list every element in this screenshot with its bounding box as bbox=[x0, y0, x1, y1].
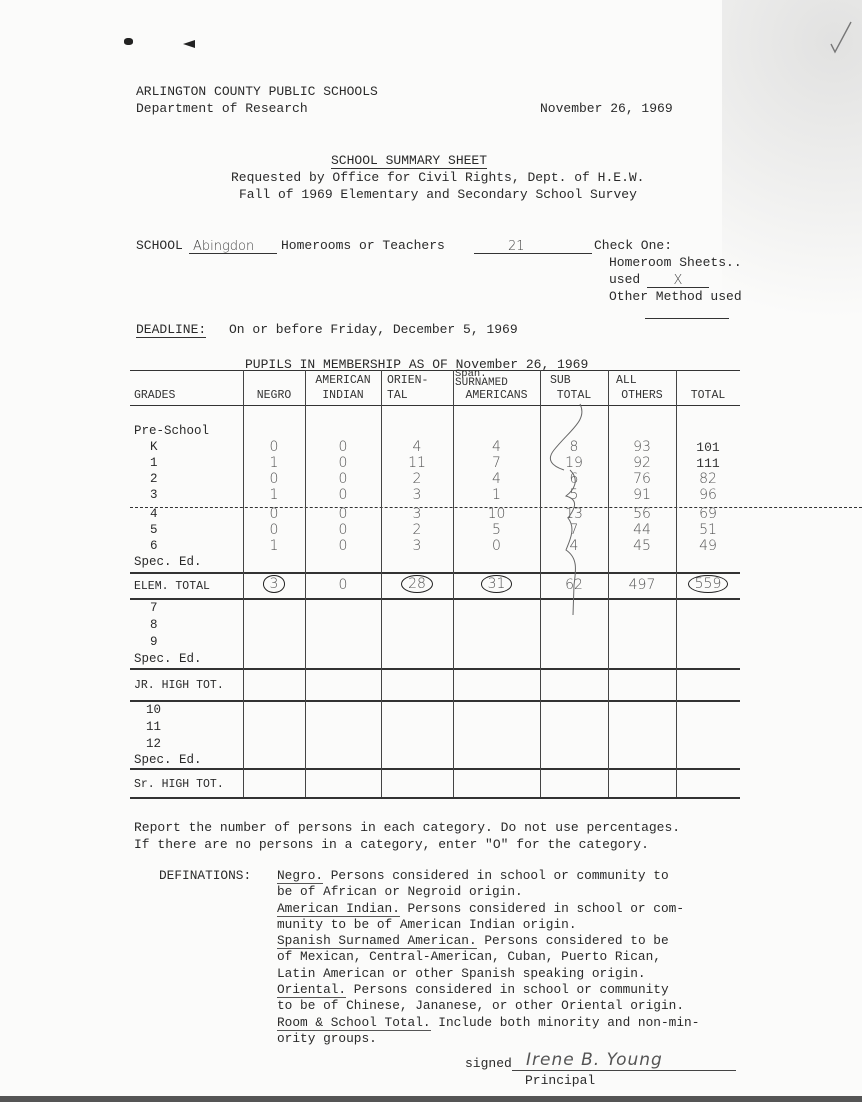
cell-6-american-indian: 0 bbox=[305, 539, 381, 554]
cell-2-total: 82 bbox=[676, 472, 740, 487]
cell-elem-negro: 3 bbox=[243, 577, 305, 592]
page-title: SCHOOL SUMMARY SHEET bbox=[331, 153, 487, 169]
cell-3-spanish: 1 bbox=[453, 488, 540, 503]
cell-k-spanish: 4 bbox=[453, 440, 540, 455]
definition-oriental: Oriental. Persons considered in school o… bbox=[277, 982, 699, 998]
row-label-jr-high-total: JR. HIGH TOT. bbox=[134, 678, 224, 693]
check-one-label: Check One: bbox=[594, 238, 672, 253]
cell-2-spanish: 4 bbox=[453, 472, 540, 487]
cell-4-american-indian: 0 bbox=[305, 507, 381, 522]
cell-6-spanish: 0 bbox=[453, 539, 540, 554]
instruction-line-2: If there are no persons in a category, e… bbox=[134, 837, 649, 852]
homeroom-sheets-checkbox[interactable]: X bbox=[647, 271, 709, 288]
signed-label: signed bbox=[465, 1056, 512, 1071]
row-label-11: 11 bbox=[146, 720, 161, 735]
school-field[interactable]: Abingdon bbox=[189, 237, 277, 254]
cell-1-negro: 1 bbox=[243, 456, 305, 471]
row-label-5: 5 bbox=[150, 523, 158, 538]
row-label-sr-spec-ed: Spec. Ed. bbox=[134, 753, 202, 768]
cell-5-oriental: 2 bbox=[381, 523, 453, 538]
signature-line: Irene B. Young bbox=[512, 1050, 736, 1071]
cell-5-spanish: 5 bbox=[453, 523, 540, 538]
row-label-sr-high-total: Sr. HIGH TOT. bbox=[134, 777, 224, 792]
cell-6-all-others: 45 bbox=[608, 539, 676, 554]
cell-elem-all-others: 497 bbox=[608, 578, 676, 593]
scan-shading bbox=[722, 0, 862, 420]
col-header-oriental-2: TAL bbox=[381, 389, 459, 402]
cell-4-all-others: 56 bbox=[608, 507, 676, 522]
cell-1-american-indian: 0 bbox=[305, 456, 381, 471]
cell-elem-american-indian: 0 bbox=[305, 578, 381, 593]
definition-spanish-surnamed: Spanish Surnamed American. Persons consi… bbox=[277, 933, 699, 949]
col-header-negro: NEGRO bbox=[243, 389, 305, 402]
homerooms-value: 21 bbox=[508, 239, 525, 254]
definition-american-indian-cont: munity to be of American Indian origin. bbox=[277, 917, 699, 933]
definition-negro-cont: be of African or Negroid origin. bbox=[277, 884, 699, 900]
cell-1-all-others: 92 bbox=[608, 456, 676, 471]
deadline-label: DEADLINE: bbox=[136, 322, 206, 338]
cell-1-total: 111 bbox=[676, 456, 740, 471]
option-other-method: Other Method used bbox=[609, 289, 742, 304]
cell-5-all-others: 44 bbox=[608, 523, 676, 538]
cell-2-american-indian: 0 bbox=[305, 472, 381, 487]
cell-5-total: 51 bbox=[676, 523, 740, 538]
definition-room-school-total: Room & School Total. Include both minori… bbox=[277, 1015, 699, 1031]
cell-elem-oriental: 28 bbox=[381, 577, 453, 592]
principal-label: Principal bbox=[525, 1073, 595, 1088]
deadline-value: On or before Friday, December 5, 1969 bbox=[229, 322, 518, 337]
definition-negro: Negro. Persons considered in school or c… bbox=[277, 868, 699, 884]
cell-3-oriental: 3 bbox=[381, 488, 453, 503]
definition-room-school-cont: ority groups. bbox=[277, 1031, 699, 1047]
row-label-k: K bbox=[150, 440, 158, 455]
row-label-jr-spec-ed: Spec. Ed. bbox=[134, 652, 202, 667]
col-header-others-2: OTHERS bbox=[608, 389, 676, 402]
hole-punch-mark-left bbox=[124, 38, 133, 45]
col-header-americans: AMERICANS bbox=[453, 389, 540, 402]
title-subline-2: Fall of 1969 Elementary and Secondary Sc… bbox=[239, 187, 637, 202]
definition-spanish-cont-2: Latin American or other Spanish speaking… bbox=[277, 966, 699, 982]
school-label: SCHOOL bbox=[136, 238, 183, 253]
cell-k-american-indian: 0 bbox=[305, 440, 381, 455]
cell-elem-spanish: 31 bbox=[453, 577, 540, 592]
col-header-total: TOTAL bbox=[676, 389, 740, 402]
cell-elem-subtotal: 62 bbox=[540, 578, 608, 593]
other-method-checkbox[interactable] bbox=[645, 318, 729, 319]
row-label-6: 6 bbox=[150, 539, 158, 554]
cell-3-american-indian: 0 bbox=[305, 488, 381, 503]
row-label-1: 1 bbox=[150, 456, 158, 471]
org-name: ARLINGTON COUNTY PUBLIC SCHOOLS bbox=[136, 84, 378, 99]
cell-3-negro: 1 bbox=[243, 488, 305, 503]
homerooms-label: Homerooms or Teachers bbox=[281, 238, 445, 253]
row-label-elem-total: ELEM. TOTAL bbox=[134, 579, 210, 594]
cell-elem-total: 559 bbox=[676, 577, 740, 592]
cell-4-spanish: 10 bbox=[453, 507, 540, 522]
cell-2-negro: 0 bbox=[243, 472, 305, 487]
check-mark-icon bbox=[815, 18, 855, 58]
cell-2-oriental: 2 bbox=[381, 472, 453, 487]
homerooms-field[interactable]: 21 bbox=[474, 237, 592, 254]
instruction-line-1: Report the number of persons in each cat… bbox=[134, 820, 680, 835]
cell-4-negro: 0 bbox=[243, 507, 305, 522]
cell-k-oriental: 4 bbox=[381, 440, 453, 455]
cell-6-total: 49 bbox=[676, 539, 740, 554]
row-label-12: 12 bbox=[146, 737, 161, 752]
cell-6-negro: 1 bbox=[243, 539, 305, 554]
cell-3-total: 96 bbox=[676, 488, 740, 503]
cell-2-all-others: 76 bbox=[608, 472, 676, 487]
definition-american-indian: American Indian. Persons considered in s… bbox=[277, 901, 699, 917]
definition-oriental-cont: to be of Chinese, Jananese, or other Ori… bbox=[277, 998, 699, 1014]
cell-1-oriental: 11 bbox=[381, 456, 453, 471]
department-name: Department of Research bbox=[136, 101, 308, 116]
cell-4-oriental: 3 bbox=[381, 507, 453, 522]
cell-4-total: 69 bbox=[676, 507, 740, 522]
school-value: Abingdon bbox=[193, 239, 254, 254]
row-label-preschool: Pre-School bbox=[134, 424, 209, 439]
col-header-surnamed: SURNAMED bbox=[455, 378, 540, 389]
header-date: November 26, 1969 bbox=[540, 101, 673, 116]
cell-5-negro: 0 bbox=[243, 523, 305, 538]
row-label-8: 8 bbox=[150, 618, 158, 633]
cell-6-oriental: 3 bbox=[381, 539, 453, 554]
option-homeroom-sheets: Homeroom Sheets.. bbox=[609, 255, 742, 270]
title-subline-1: Requested by Office for Civil Rights, De… bbox=[231, 170, 644, 185]
cell-k-all-others: 93 bbox=[608, 440, 676, 455]
row-label-9: 9 bbox=[150, 635, 158, 650]
col-header-grades: GRADES bbox=[130, 389, 204, 402]
hole-punch-mark-right bbox=[183, 40, 195, 48]
row-label-3: 3 bbox=[150, 488, 158, 503]
col-header-sub-1: SUB bbox=[540, 374, 618, 387]
cell-1-spanish: 7 bbox=[453, 456, 540, 471]
cell-k-negro: 0 bbox=[243, 440, 305, 455]
row-label-2: 2 bbox=[150, 472, 158, 487]
col-header-oriental-1: ORIEN- bbox=[381, 374, 459, 387]
signature-name: Irene B. Young bbox=[526, 1050, 663, 1070]
definitions-label: DEFINATIONS: bbox=[159, 868, 251, 884]
cell-5-american-indian: 0 bbox=[305, 523, 381, 538]
check-mark-x: X bbox=[674, 273, 683, 288]
option-used-label: used bbox=[609, 272, 640, 287]
scan-bottom-edge bbox=[0, 1096, 862, 1102]
cell-3-all-others: 91 bbox=[608, 488, 676, 503]
row-label-spec-ed: Spec. Ed. bbox=[134, 555, 202, 570]
col-header-american-1: AMERICAN bbox=[305, 374, 381, 387]
row-label-10: 10 bbox=[146, 703, 161, 718]
col-header-indian-2: INDIAN bbox=[305, 389, 381, 402]
cell-k-total: 101 bbox=[676, 440, 740, 455]
row-label-4: 4 bbox=[150, 507, 158, 522]
definition-spanish-cont-1: of Mexican, Central-American, Cuban, Pue… bbox=[277, 949, 699, 965]
row-label-7: 7 bbox=[150, 601, 158, 616]
col-header-all-1: ALL bbox=[608, 374, 684, 387]
definitions-list: Negro. Persons considered in school or c… bbox=[277, 868, 699, 1047]
